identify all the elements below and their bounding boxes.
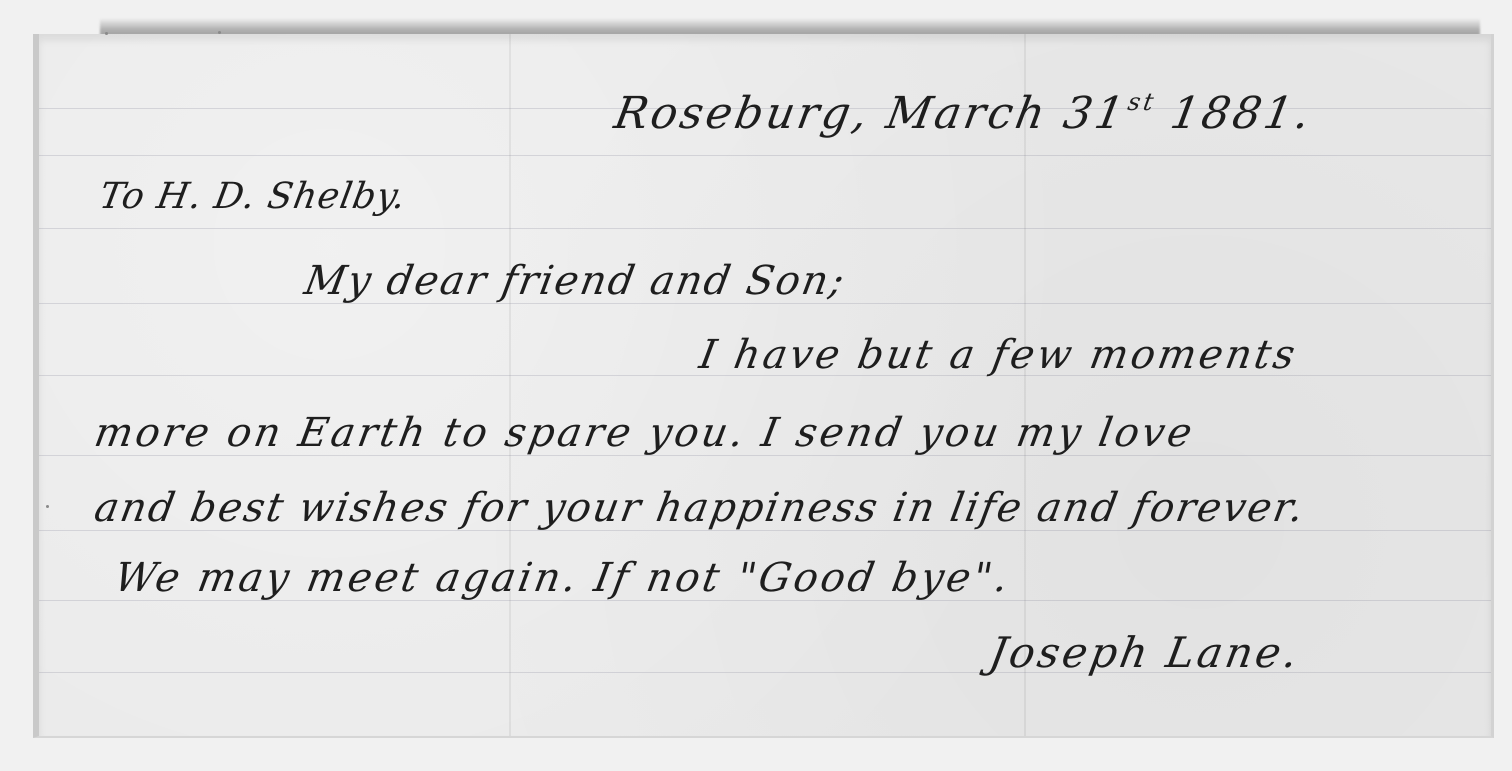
ink-speck <box>105 32 108 35</box>
body-line: I have but a few moments <box>696 332 1301 378</box>
paper-fold-line <box>509 34 511 736</box>
ink-speck <box>218 31 221 34</box>
recipient-line: To H. D. Shelby. <box>96 176 409 217</box>
dateline-place-date: Roseburg, March 31 <box>611 88 1131 139</box>
signature: Joseph Lane. <box>986 628 1305 677</box>
greeting: My dear friend and Son; <box>301 258 849 304</box>
body-line: and best wishes for your happiness in li… <box>91 485 1309 531</box>
dateline: Roseburg, March 31st 1881. <box>611 88 1317 139</box>
ruled-line <box>39 155 1491 156</box>
body-line: more on Earth to spare you. I send you m… <box>91 410 1198 456</box>
ink-speck <box>46 505 49 508</box>
ruled-line <box>39 228 1491 229</box>
dateline-year: 1881. <box>1150 88 1317 139</box>
body-line: We may meet again. If not "Good bye". <box>111 555 1015 601</box>
